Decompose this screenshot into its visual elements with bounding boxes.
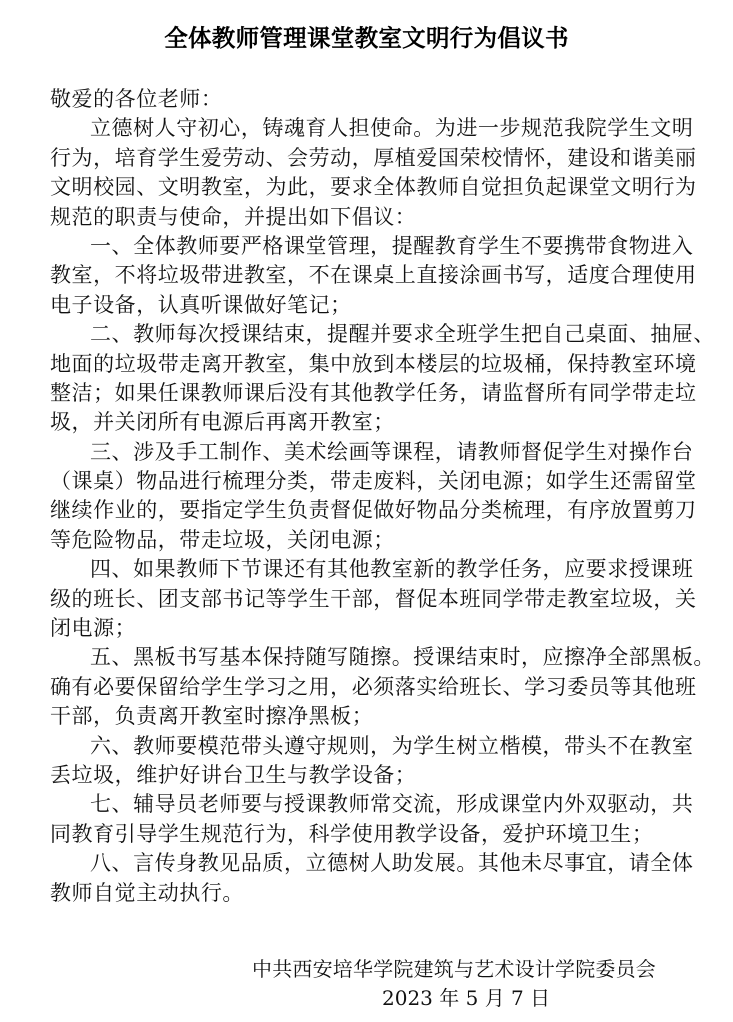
document-title: 全体教师管理课堂教室文明行为倡议书 (0, 22, 733, 54)
item-4-line: 闭电源； (50, 614, 720, 643)
item-2-line: 圾，并关闭所有电源后再离开教室； (50, 408, 720, 437)
item-5-line: 五、黑板书写基本保持随写随擦。授课结束时，应擦净全部黑板。 (50, 643, 720, 672)
item-4-line: 四、如果教师下节课还有其他教室新的教学任务，应要求授课班 (50, 555, 720, 584)
item-8-line: 八、言传身教见品质，立德树人助发展。其他未尽事宜，请全体 (50, 849, 720, 878)
item-5-line: 干部，负责离开教室时擦净黑板； (50, 702, 720, 731)
item-2-line: 二、教师每次授课结束，提醒并要求全班学生把自己桌面、抽屉、 (50, 320, 720, 349)
item-1-line: 电子设备，认真听课做好笔记； (50, 291, 720, 320)
document-body: 敬爱的各位老师： 立德树人守初心，铸魂育人担使命。为进一步规范我院学生文明 行为… (50, 85, 720, 908)
intro-line: 立德树人守初心，铸魂育人担使命。为进一步规范我院学生文明 (50, 114, 720, 143)
item-6-line: 丢垃圾，维护好讲台卫生与教学设备； (50, 761, 720, 790)
intro-line: 文明校园、文明教室，为此，要求全体教师自觉担负起课堂文明行为 (50, 173, 720, 202)
item-3-line: 继续作业的，要指定学生负责督促做好物品分类梳理，有序放置剪刀 (50, 496, 720, 525)
item-3-line: 三、涉及手工制作、美术绘画等课程，请教师督促学生对操作台 (50, 438, 720, 467)
item-3-line: 等危险物品，带走垃圾，关闭电源； (50, 526, 720, 555)
intro-line: 规范的职责与使命，并提出如下倡议： (50, 203, 720, 232)
salutation: 敬爱的各位老师： (50, 85, 720, 114)
document-page: 全体教师管理课堂教室文明行为倡议书 敬爱的各位老师： 立德树人守初心，铸魂育人担… (0, 0, 733, 1022)
item-4-line: 级的班长、团支部书记等学生干部，督促本班同学带走教室垃圾，关 (50, 585, 720, 614)
item-1-line: 一、全体教师要严格课堂管理，提醒教育学生不要携带食物进入 (50, 232, 720, 261)
item-5-line: 确有必要保留给学生学习之用，必须落实给班长、学习委员等其他班 (50, 673, 720, 702)
item-2-line: 地面的垃圾带走离开教室，集中放到本楼层的垃圾桶，保持教室环境 (50, 350, 720, 379)
signature-date: 2023 年 5 月 7 日 (382, 984, 550, 1012)
intro-line: 行为，培育学生爱劳动、会劳动，厚植爱国荣校情怀，建设和谐美丽 (50, 144, 720, 173)
item-6-line: 六、教师要模范带头遵守规则，为学生树立楷模，带头不在教室 (50, 732, 720, 761)
item-8-line: 教师自觉主动执行。 (50, 879, 720, 908)
item-7-line: 同教育引导学生规范行为，科学使用教学设备，爱护环境卫生； (50, 820, 720, 849)
item-1-line: 教室，不将垃圾带进教室，不在课桌上直接涂画书写，适度合理使用 (50, 261, 720, 290)
item-2-line: 整洁；如果任课教师课后没有其他教学任务，请监督所有同学带走垃 (50, 379, 720, 408)
signature-organization: 中共西安培华学院建筑与艺术设计学院委员会 (252, 955, 656, 983)
item-7-line: 七、辅导员老师要与授课教师常交流，形成课堂内外双驱动，共 (50, 790, 720, 819)
item-3-line: （课桌）物品进行梳理分类，带走废料，关闭电源；如学生还需留堂 (50, 467, 720, 496)
